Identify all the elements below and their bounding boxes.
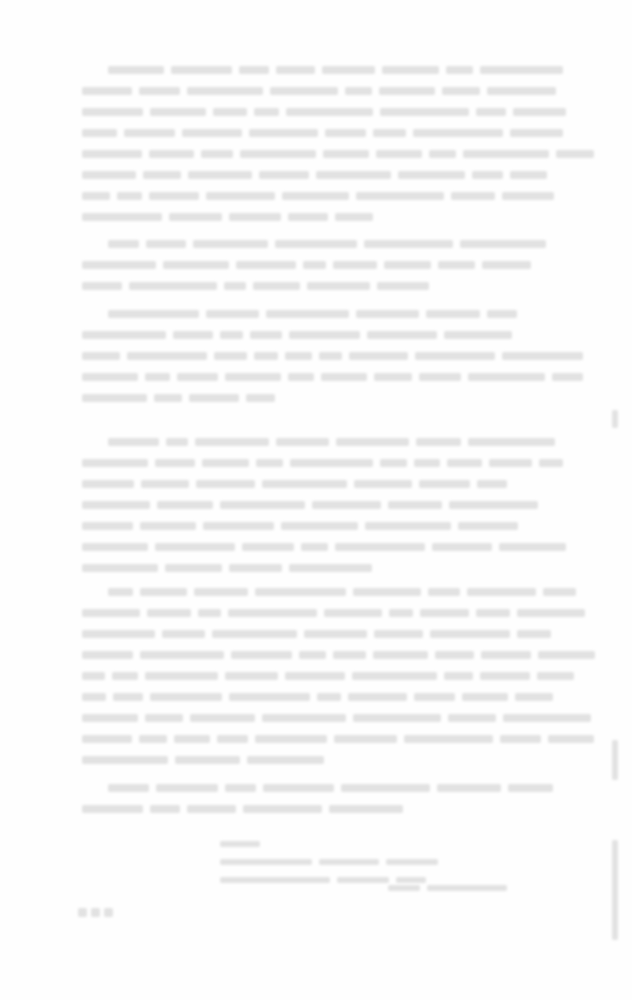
text-line bbox=[82, 278, 612, 293]
text-line bbox=[82, 584, 612, 599]
paragraph bbox=[82, 584, 612, 773]
text-line bbox=[82, 167, 612, 182]
text-line bbox=[82, 476, 612, 491]
text-line bbox=[82, 668, 612, 683]
text-line bbox=[82, 539, 612, 554]
text-line bbox=[82, 327, 612, 342]
signatory-name bbox=[388, 880, 507, 898]
paragraph bbox=[82, 306, 612, 411]
text-line bbox=[82, 209, 612, 224]
text-line bbox=[82, 369, 612, 384]
paragraph bbox=[82, 62, 612, 230]
text-line bbox=[82, 780, 612, 795]
text-line bbox=[82, 647, 612, 662]
text-line bbox=[82, 390, 612, 405]
text-line bbox=[82, 434, 612, 449]
text-line bbox=[82, 752, 612, 767]
scanned-page bbox=[0, 0, 632, 1000]
text-line bbox=[82, 306, 612, 321]
text-line bbox=[82, 257, 612, 272]
paragraph bbox=[82, 236, 612, 299]
text-line bbox=[82, 104, 612, 119]
text-line bbox=[82, 689, 612, 704]
text-line bbox=[82, 710, 612, 725]
text-line bbox=[82, 560, 612, 575]
text-line bbox=[82, 348, 612, 363]
paragraph bbox=[82, 780, 612, 822]
text-line bbox=[82, 801, 612, 816]
margin-mark bbox=[612, 840, 622, 946]
signature-line bbox=[220, 854, 438, 869]
text-line bbox=[82, 146, 612, 161]
paragraph bbox=[82, 434, 612, 581]
text-line bbox=[82, 83, 612, 98]
text-line bbox=[82, 518, 612, 533]
margin-mark bbox=[612, 410, 622, 434]
text-line bbox=[82, 455, 612, 470]
page-number bbox=[78, 908, 113, 917]
text-line bbox=[82, 62, 612, 77]
text-line bbox=[82, 605, 612, 620]
signature-line bbox=[220, 836, 438, 851]
text-line bbox=[82, 125, 612, 140]
text-line bbox=[82, 731, 612, 746]
text-line bbox=[82, 497, 612, 512]
text-line bbox=[82, 236, 612, 251]
text-line bbox=[82, 626, 612, 641]
margin-mark bbox=[612, 740, 622, 786]
text-line bbox=[82, 188, 612, 203]
